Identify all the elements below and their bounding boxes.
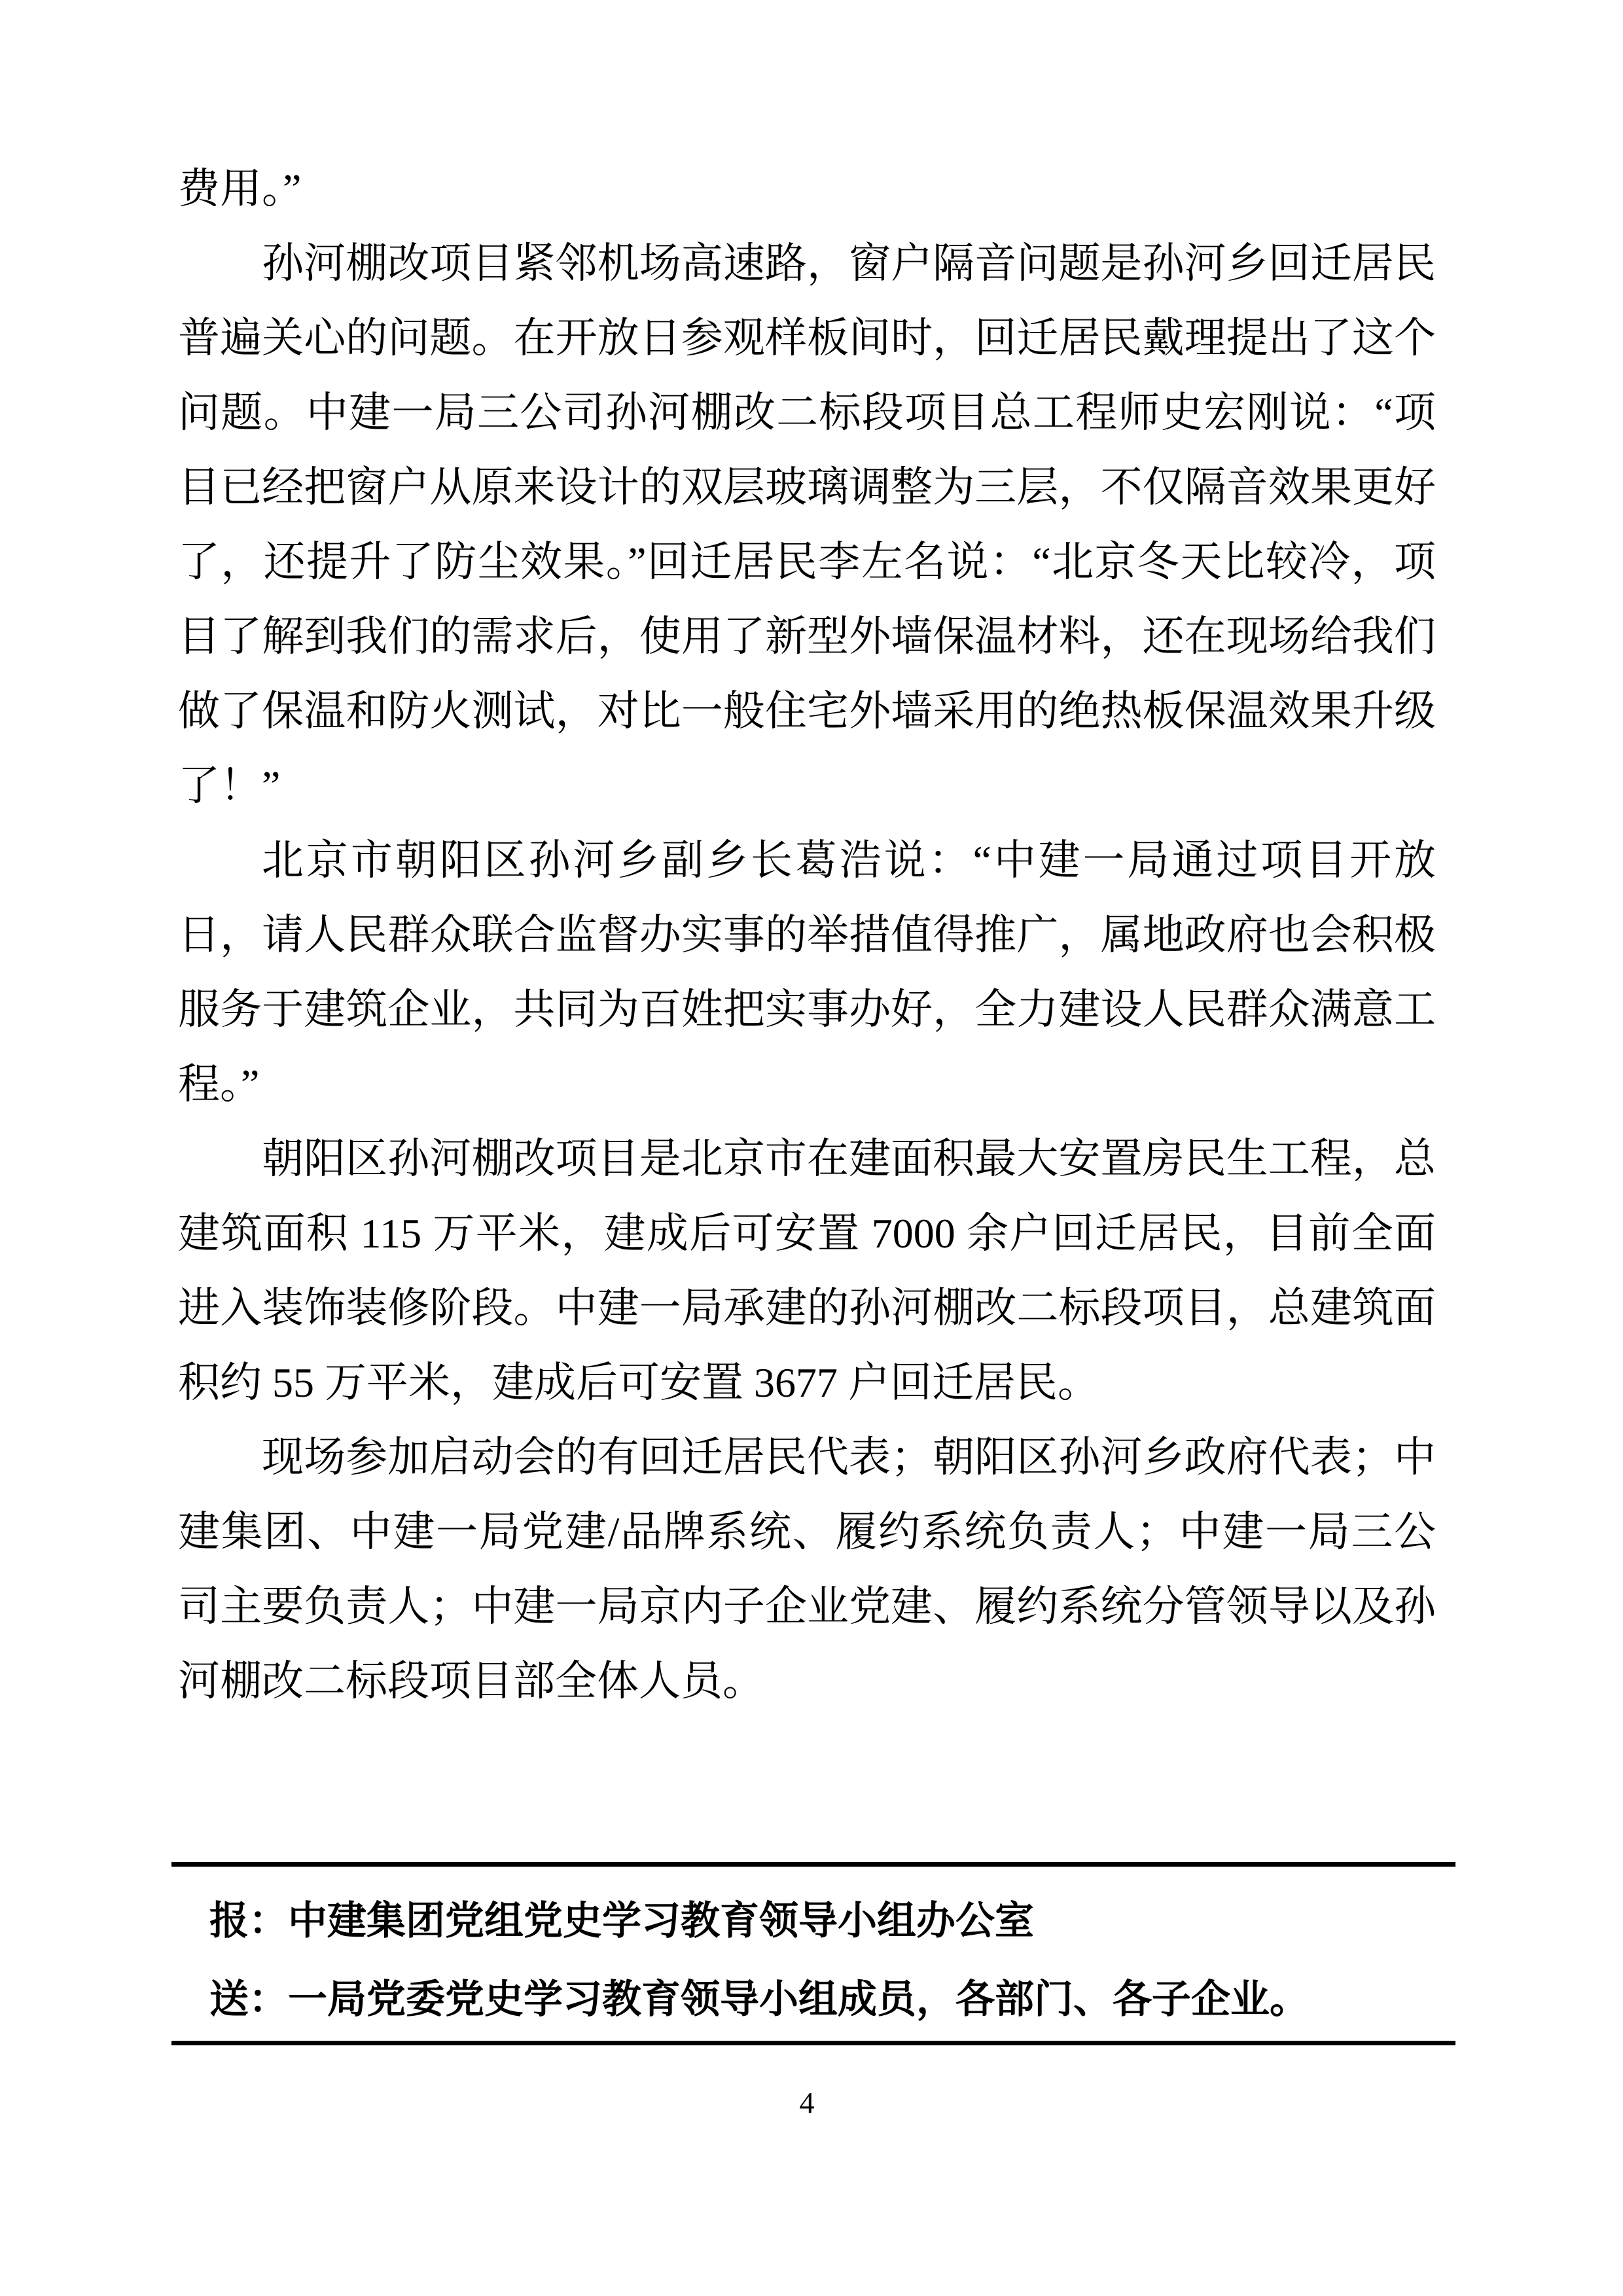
paragraph: 现场参加启动会的有回迁居民代表；朝阳区孙河乡政府代表；中建集团、中建一局党建/品… bbox=[178, 1420, 1436, 1719]
paragraph-continuation: 费用。” bbox=[178, 152, 1436, 226]
page-number: 4 bbox=[178, 2088, 1436, 2118]
colophon: 报：中建集团党组党史学习教育领导小组办公室 送：一局党委党史学习教育领导小组成员… bbox=[171, 1862, 1455, 2045]
document-page: 费用。” 孙河棚改项目紧邻机场高速路，窗户隔音问题是孙河乡回迁居民普遍关心的问题… bbox=[0, 0, 1623, 2296]
paragraph: 北京市朝阳区孙河乡副乡长葛浩说：“中建一局通过项目开放日，请人民群众联合监督办实… bbox=[178, 823, 1436, 1122]
document-body: 费用。” 孙河棚改项目紧邻机场高速路，窗户隔音问题是孙河乡回迁居民普遍关心的问题… bbox=[178, 152, 1436, 1719]
paragraph: 朝阳区孙河棚改项目是北京市在建面积最大安置房民生工程，总建筑面积 115 万平米… bbox=[178, 1122, 1436, 1420]
divider-top bbox=[171, 1862, 1455, 1867]
report-line: 报：中建集团党组党史学习教育领导小组办公室 bbox=[171, 1884, 1455, 1958]
divider-bottom bbox=[171, 2041, 1455, 2045]
send-line: 送：一局党委党史学习教育领导小组成员，各部门、各子企业。 bbox=[171, 1962, 1455, 2037]
paragraph: 孙河棚改项目紧邻机场高速路，窗户隔音问题是孙河乡回迁居民普遍关心的问题。在开放日… bbox=[178, 226, 1436, 823]
